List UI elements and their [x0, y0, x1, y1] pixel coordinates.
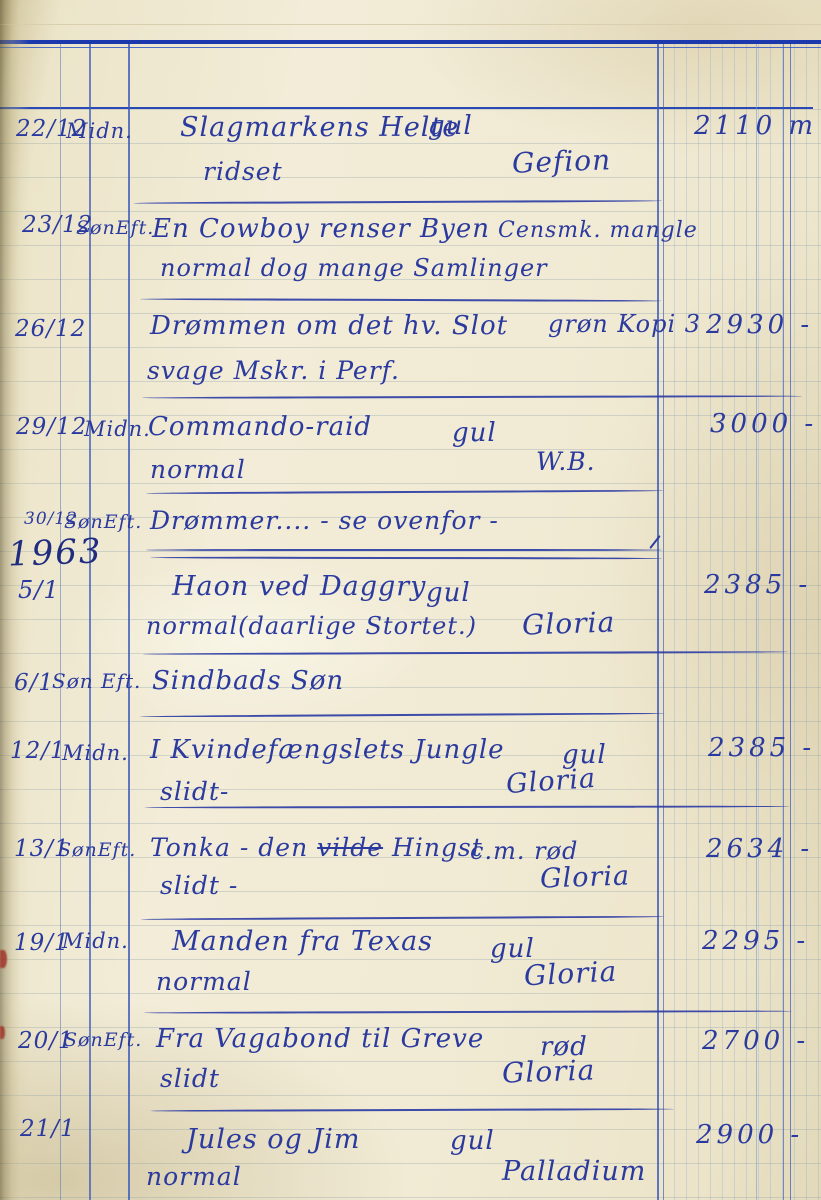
entry-title: Sindbads Søn [152, 668, 344, 694]
red-ink-stain [0, 950, 7, 968]
entry-title-part1: Tonka - den [150, 833, 308, 862]
entry-distributor: Gloria [523, 958, 618, 991]
entry-title: Tonka - den vilde Hingst [150, 835, 483, 860]
top-faint-rule [0, 24, 821, 25]
entry-schedule: SønEft. [64, 513, 142, 532]
entry-schedule: Midn. [62, 931, 129, 952]
entry-condition: normal [150, 457, 246, 482]
entry-color-note: gul [452, 420, 497, 446]
entry-schedule: Søn Eft. [52, 671, 141, 691]
entry-title: Fra Vagabond til Greve [156, 1026, 484, 1052]
entry-condition: ridset [203, 159, 283, 184]
entry-separator-line [143, 651, 788, 655]
entry-schedule: SønEft. [58, 841, 136, 860]
entry-condition: normal(daarlige Stortet.) [146, 614, 477, 638]
entry-separator-line [150, 557, 662, 560]
entry-separator-line [150, 1108, 674, 1112]
entry-distributor: Gloria [522, 608, 616, 639]
entry-separator-line [133, 200, 662, 204]
entry-amount: 2385 - [708, 735, 815, 761]
entry-condition: normal [146, 1164, 242, 1189]
entry-title: Commando-raid [148, 414, 372, 440]
entry-distributor: Gloria [540, 862, 631, 892]
top-heavy-rule [0, 40, 821, 44]
entry-date: 5/1 [18, 578, 60, 602]
entry-title-struck-word: vilde [317, 833, 383, 862]
separator-hook-stroke [649, 535, 660, 549]
entry-condition: slidt [160, 1066, 220, 1091]
entry-schedule: SønEft. [64, 1031, 142, 1050]
entry-title: Slagmarkens Helte [180, 114, 459, 141]
entry-title: Haon ved Daggry [172, 573, 426, 600]
entry-condition: svage Mskr. i Perf. [147, 358, 400, 383]
entry-condition: normal [156, 969, 252, 994]
entry-title: Manden fra Texas [172, 928, 433, 955]
entry-schedule: Midn. [62, 743, 129, 764]
entry-separator-line [142, 395, 802, 399]
entry-date: 26/12 [15, 318, 86, 341]
entry-distributor: Gloria [505, 765, 597, 798]
entry-color-note: grøn Kopi 3 [548, 312, 701, 336]
entry-amount: 2634 - [706, 836, 813, 862]
entry-schedule: Midn. [66, 121, 133, 142]
entry-color-note: gul [450, 1128, 495, 1154]
entry-amount: 3000 - [710, 411, 817, 437]
entry-date: 29/12 [16, 416, 87, 439]
entry-color-note: Censmk. mangle [498, 220, 698, 242]
ledger-page: 22/12 Midn. Slagmarkens Helte gul Gefion… [0, 0, 821, 1200]
entry-distributor: W.B. [536, 449, 596, 474]
entry-distributor: Gloria [502, 1056, 596, 1087]
entry-condition: slidt - [160, 873, 238, 898]
entry-separator-line [140, 712, 665, 717]
entry-separator-line [140, 298, 662, 302]
entry-title: Drømmer.... - se ovenfor - [150, 508, 499, 533]
entry-color-note: c.m. rød [470, 839, 578, 863]
entry-title: Jules og Jim [186, 1126, 360, 1153]
entry-amount: 2930 - [706, 312, 813, 338]
entry-amount: 2385 - [704, 572, 811, 598]
entry-title: Drømmen om det hv. Slot [150, 313, 508, 339]
entry-date: 12/1 [10, 740, 66, 763]
entry-amount: 2295 - [702, 928, 809, 954]
header-bottom-rule [0, 107, 813, 109]
top-thin-rule [0, 47, 821, 48]
entry-separator-line [146, 490, 664, 495]
entry-condition: normal dog mange Samlinger [160, 256, 548, 280]
entry-separator-line [144, 1010, 792, 1014]
entry-title: En Cowboy renser Byen [152, 216, 490, 242]
entry-distributor: Gefion [512, 146, 612, 177]
entry-amount: 2110 m [694, 113, 817, 139]
entry-separator-line [144, 805, 790, 808]
red-ink-stain [0, 1026, 5, 1039]
entry-title: I Kvindefængslets Jungle [150, 737, 505, 763]
entry-color-note: gul [490, 936, 535, 962]
entry-distributor: Palladium [502, 1158, 646, 1185]
year-label: 1963 [7, 534, 103, 571]
entry-separator-line [141, 916, 665, 921]
entry-separator-line [146, 549, 662, 551]
entry-amount: 2700 - [702, 1028, 809, 1054]
entry-date: 6/1 [14, 672, 54, 695]
entry-date: 21/1 [20, 1118, 76, 1141]
entry-schedule: SønEft. [76, 219, 154, 238]
entry-color-note: gul [428, 113, 473, 139]
entry-condition: slidt- [160, 779, 229, 804]
entry-color-note: gul [426, 580, 471, 606]
entry-amount: 2900 - [696, 1122, 803, 1148]
entry-schedule: Midn. [84, 419, 151, 440]
